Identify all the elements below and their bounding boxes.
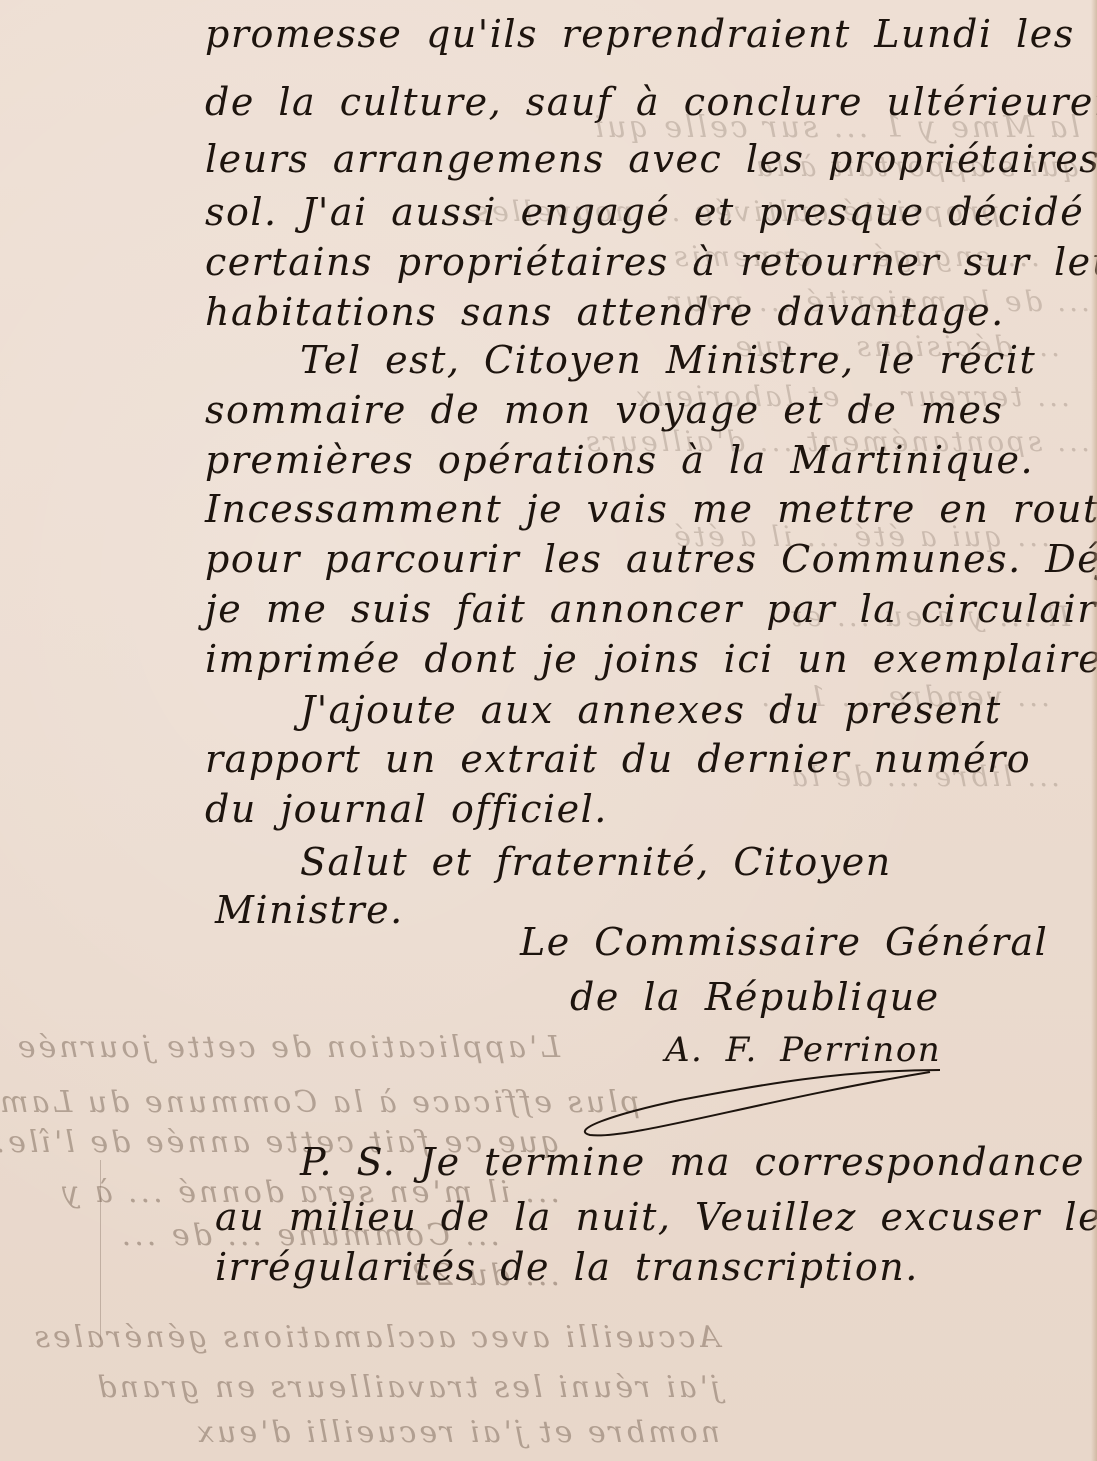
postscript-line: P. S. Je termine ma correspondance xyxy=(300,1140,1085,1184)
manuscript-page: la Mme y 1 ... sur celle qui qui s'appor… xyxy=(0,0,1097,1461)
postscript-line: au milieu de la nuit, Veuillez excuser l… xyxy=(215,1195,1097,1239)
body-line: pour parcourir les autres Communes. Déjà xyxy=(205,537,1097,581)
body-line: certains propriétaires à retourner sur l… xyxy=(205,240,1097,284)
bleed-line: Accueilli avec acclamations générales xyxy=(32,1320,720,1355)
salutation-line: Ministre. xyxy=(215,888,404,932)
body-line: promesse qu'ils reprendraient Lundi les … xyxy=(205,12,1097,56)
body-line: habitations sans attendre davantage. xyxy=(205,290,1005,334)
body-line: Tel est, Citoyen Ministre, le récit xyxy=(300,338,1036,382)
bleed-line: nombre et j'ai recueilli d'eux xyxy=(194,1415,720,1450)
title-line: de la République xyxy=(570,975,940,1019)
body-line: du journal officiel. xyxy=(205,787,608,831)
body-line: imprimée dont je joins ici un exemplaire… xyxy=(205,637,1097,681)
page-edge xyxy=(1091,0,1097,1461)
body-line: sol. J'ai aussi engagé et presque décidé xyxy=(205,190,1084,234)
body-line: J'ajoute aux annexes du présent xyxy=(300,688,1002,732)
bleed-line: j'ai réuni les travailleurs en grand xyxy=(94,1370,720,1405)
body-line: premières opérations à la Martinique. xyxy=(205,438,1034,482)
body-line: leurs arrangemens avec les propriétaires… xyxy=(205,137,1097,181)
postscript-line: irrégularités de la transcription. xyxy=(215,1245,919,1289)
body-line: je me suis fait annoncer par la circulai… xyxy=(205,587,1097,631)
title-line: Le Commissaire Général xyxy=(520,920,1048,964)
signature-flourish-icon xyxy=(460,1050,940,1140)
bleed-margin-rule xyxy=(100,1160,101,1340)
body-line: Incessamment je vais me mettre en route xyxy=(205,487,1097,531)
body-line: de la culture, sauf à conclure ultérieur… xyxy=(205,80,1097,124)
salutation-line: Salut et fraternité, Citoyen xyxy=(300,840,892,884)
body-line: sommaire de mon voyage et de mes xyxy=(205,388,1003,432)
body-line: rapport un extrait du dernier numéro xyxy=(205,737,1031,781)
